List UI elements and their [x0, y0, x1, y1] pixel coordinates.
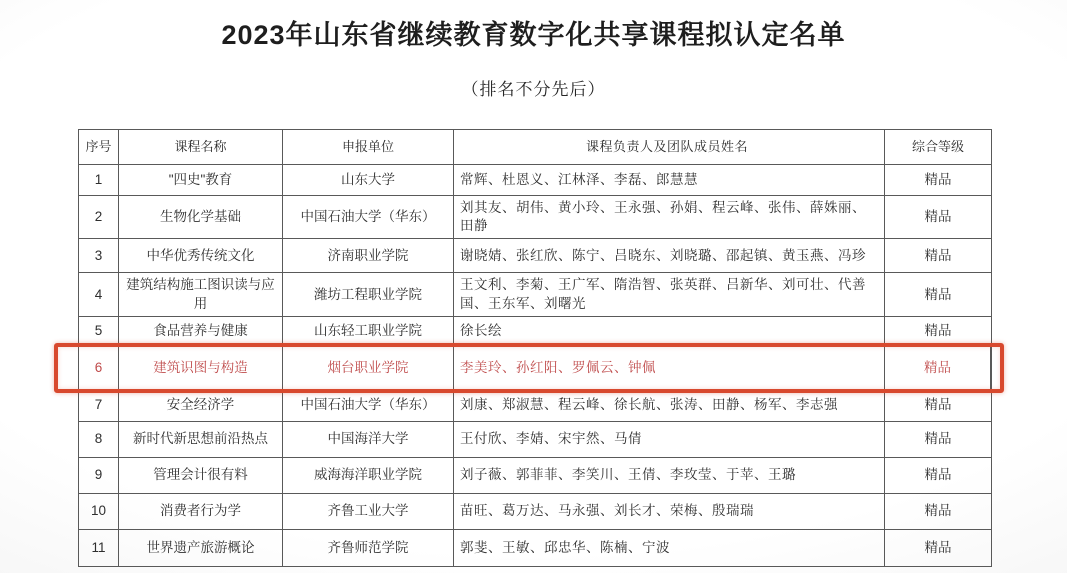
team-members: 谢晓婧、张红欣、陈宁、吕晓东、刘晓璐、邵起镇、黄玉燕、冯珍 [454, 239, 885, 272]
course-name: "四史"教育 [119, 165, 283, 195]
table-row: 1"四史"教育山东大学常辉、杜恩义、江林泽、李磊、郎慧慧精品 [79, 165, 991, 196]
applicant-org: 中国海洋大学 [283, 422, 454, 457]
table-header-row: 序号 课程名称 申报单位 课程负责人及团队成员姓名 综合等级 [79, 130, 991, 165]
table-row: 2生物化学基础中国石油大学（华东）刘其友、胡伟、黄小玲、王永强、孙娟、程云峰、张… [79, 196, 991, 239]
applicant-org: 中国石油大学（华东） [283, 196, 454, 238]
table-row: 11世界遗产旅游概论齐鲁师范学院郭斐、王敏、邱忠华、陈楠、宁波精品 [79, 530, 991, 566]
grade-badge: 精品 [885, 196, 991, 238]
applicant-org: 济南职业学院 [283, 239, 454, 272]
course-name: 生物化学基础 [119, 196, 283, 238]
grade-badge: 精品 [885, 273, 991, 315]
table-row: 4建筑结构施工图识读与应用潍坊工程职业学院王文利、李菊、王广军、隋浩智、张英群、… [79, 273, 991, 316]
applicant-org: 山东轻工职业学院 [283, 317, 454, 346]
grade-badge: 精品 [885, 239, 991, 272]
course-name: 新时代新思想前沿热点 [119, 422, 283, 457]
grade-badge: 精品 [885, 494, 991, 529]
column-header-grade: 综合等级 [885, 130, 991, 164]
row-number: 8 [79, 422, 119, 457]
course-name: 建筑识图与构造 [119, 347, 283, 389]
grade-badge: 精品 [885, 458, 991, 493]
applicant-org: 中国石油大学（华东） [283, 390, 454, 421]
row-number: 5 [79, 317, 119, 346]
row-number: 11 [79, 530, 119, 566]
grade-badge: 精品 [885, 422, 991, 457]
column-header-org: 申报单位 [283, 130, 454, 164]
team-members: 苗旺、葛万达、马永强、刘长才、荣梅、殷瑞瑞 [454, 494, 885, 529]
team-members: 刘康、郑淑慧、程云峰、徐长航、张涛、田静、杨军、李志强 [454, 390, 885, 421]
applicant-org: 烟台职业学院 [283, 347, 454, 389]
row-number: 1 [79, 165, 119, 195]
page-title: 2023年山东省继续教育数字化共享课程拟认定名单 [0, 0, 1067, 52]
row-number: 10 [79, 494, 119, 529]
team-members: 郭斐、王敏、邱忠华、陈楠、宁波 [454, 530, 885, 566]
course-name: 管理会计很有料 [119, 458, 283, 493]
row-number: 6 [79, 347, 119, 389]
table-row: 10消费者行为学齐鲁工业大学苗旺、葛万达、马永强、刘长才、荣梅、殷瑞瑞精品 [79, 494, 991, 530]
applicant-org: 山东大学 [283, 165, 454, 195]
team-members: 李美玲、孙红阳、罗佩云、钟佩 [454, 347, 885, 389]
table-row: 7安全经济学中国石油大学（华东）刘康、郑淑慧、程云峰、徐长航、张涛、田静、杨军、… [79, 390, 991, 422]
grade-badge: 精品 [885, 347, 991, 389]
team-members: 王文利、李菊、王广军、隋浩智、张英群、吕新华、刘可壮、代善国、王东军、刘曙光 [454, 273, 885, 315]
table-row: 5食品营养与健康山东轻工职业学院徐长绘精品 [79, 317, 991, 347]
page-subtitle: （排名不分先后） [0, 75, 1067, 100]
applicant-org: 齐鲁师范学院 [283, 530, 454, 566]
grade-badge: 精品 [885, 390, 991, 421]
row-number: 7 [79, 390, 119, 421]
row-number: 9 [79, 458, 119, 493]
course-name: 中华优秀传统文化 [119, 239, 283, 272]
team-members: 王付欣、李婧、宋宇然、马倩 [454, 422, 885, 457]
course-name: 安全经济学 [119, 390, 283, 421]
document-page: 2023年山东省继续教育数字化共享课程拟认定名单 （排名不分先后） 序号 课程名… [0, 0, 1067, 573]
table-row: 9管理会计很有料威海海洋职业学院刘子薇、郭菲菲、李笑川、王倩、李玫莹、于苹、王璐… [79, 458, 991, 494]
table-row-highlighted: 6建筑识图与构造烟台职业学院李美玲、孙红阳、罗佩云、钟佩精品 [79, 347, 991, 390]
team-members: 徐长绘 [454, 317, 885, 346]
team-members: 常辉、杜恩义、江林泽、李磊、郎慧慧 [454, 165, 885, 195]
column-header-no: 序号 [79, 130, 119, 164]
table-body: 1"四史"教育山东大学常辉、杜恩义、江林泽、李磊、郎慧慧精品2生物化学基础中国石… [79, 165, 991, 566]
applicant-org: 潍坊工程职业学院 [283, 273, 454, 315]
team-members: 刘子薇、郭菲菲、李笑川、王倩、李玫莹、于苹、王璐 [454, 458, 885, 493]
team-members: 刘其友、胡伟、黄小玲、王永强、孙娟、程云峰、张伟、薛姝丽、田静 [454, 196, 885, 238]
course-name: 建筑结构施工图识读与应用 [119, 273, 283, 315]
course-name: 消费者行为学 [119, 494, 283, 529]
grade-badge: 精品 [885, 165, 991, 195]
column-header-members: 课程负责人及团队成员姓名 [454, 130, 885, 164]
table-row: 8新时代新思想前沿热点中国海洋大学王付欣、李婧、宋宇然、马倩精品 [79, 422, 991, 458]
course-name: 世界遗产旅游概论 [119, 530, 283, 566]
applicant-org: 威海海洋职业学院 [283, 458, 454, 493]
row-number: 2 [79, 196, 119, 238]
course-table: 序号 课程名称 申报单位 课程负责人及团队成员姓名 综合等级 1"四史"教育山东… [78, 129, 992, 567]
grade-badge: 精品 [885, 530, 991, 566]
table-row: 3中华优秀传统文化济南职业学院谢晓婧、张红欣、陈宁、吕晓东、刘晓璐、邵起镇、黄玉… [79, 239, 991, 273]
row-number: 4 [79, 273, 119, 315]
row-number: 3 [79, 239, 119, 272]
grade-badge: 精品 [885, 317, 991, 346]
course-name: 食品营养与健康 [119, 317, 283, 346]
applicant-org: 齐鲁工业大学 [283, 494, 454, 529]
column-header-course: 课程名称 [119, 130, 283, 164]
